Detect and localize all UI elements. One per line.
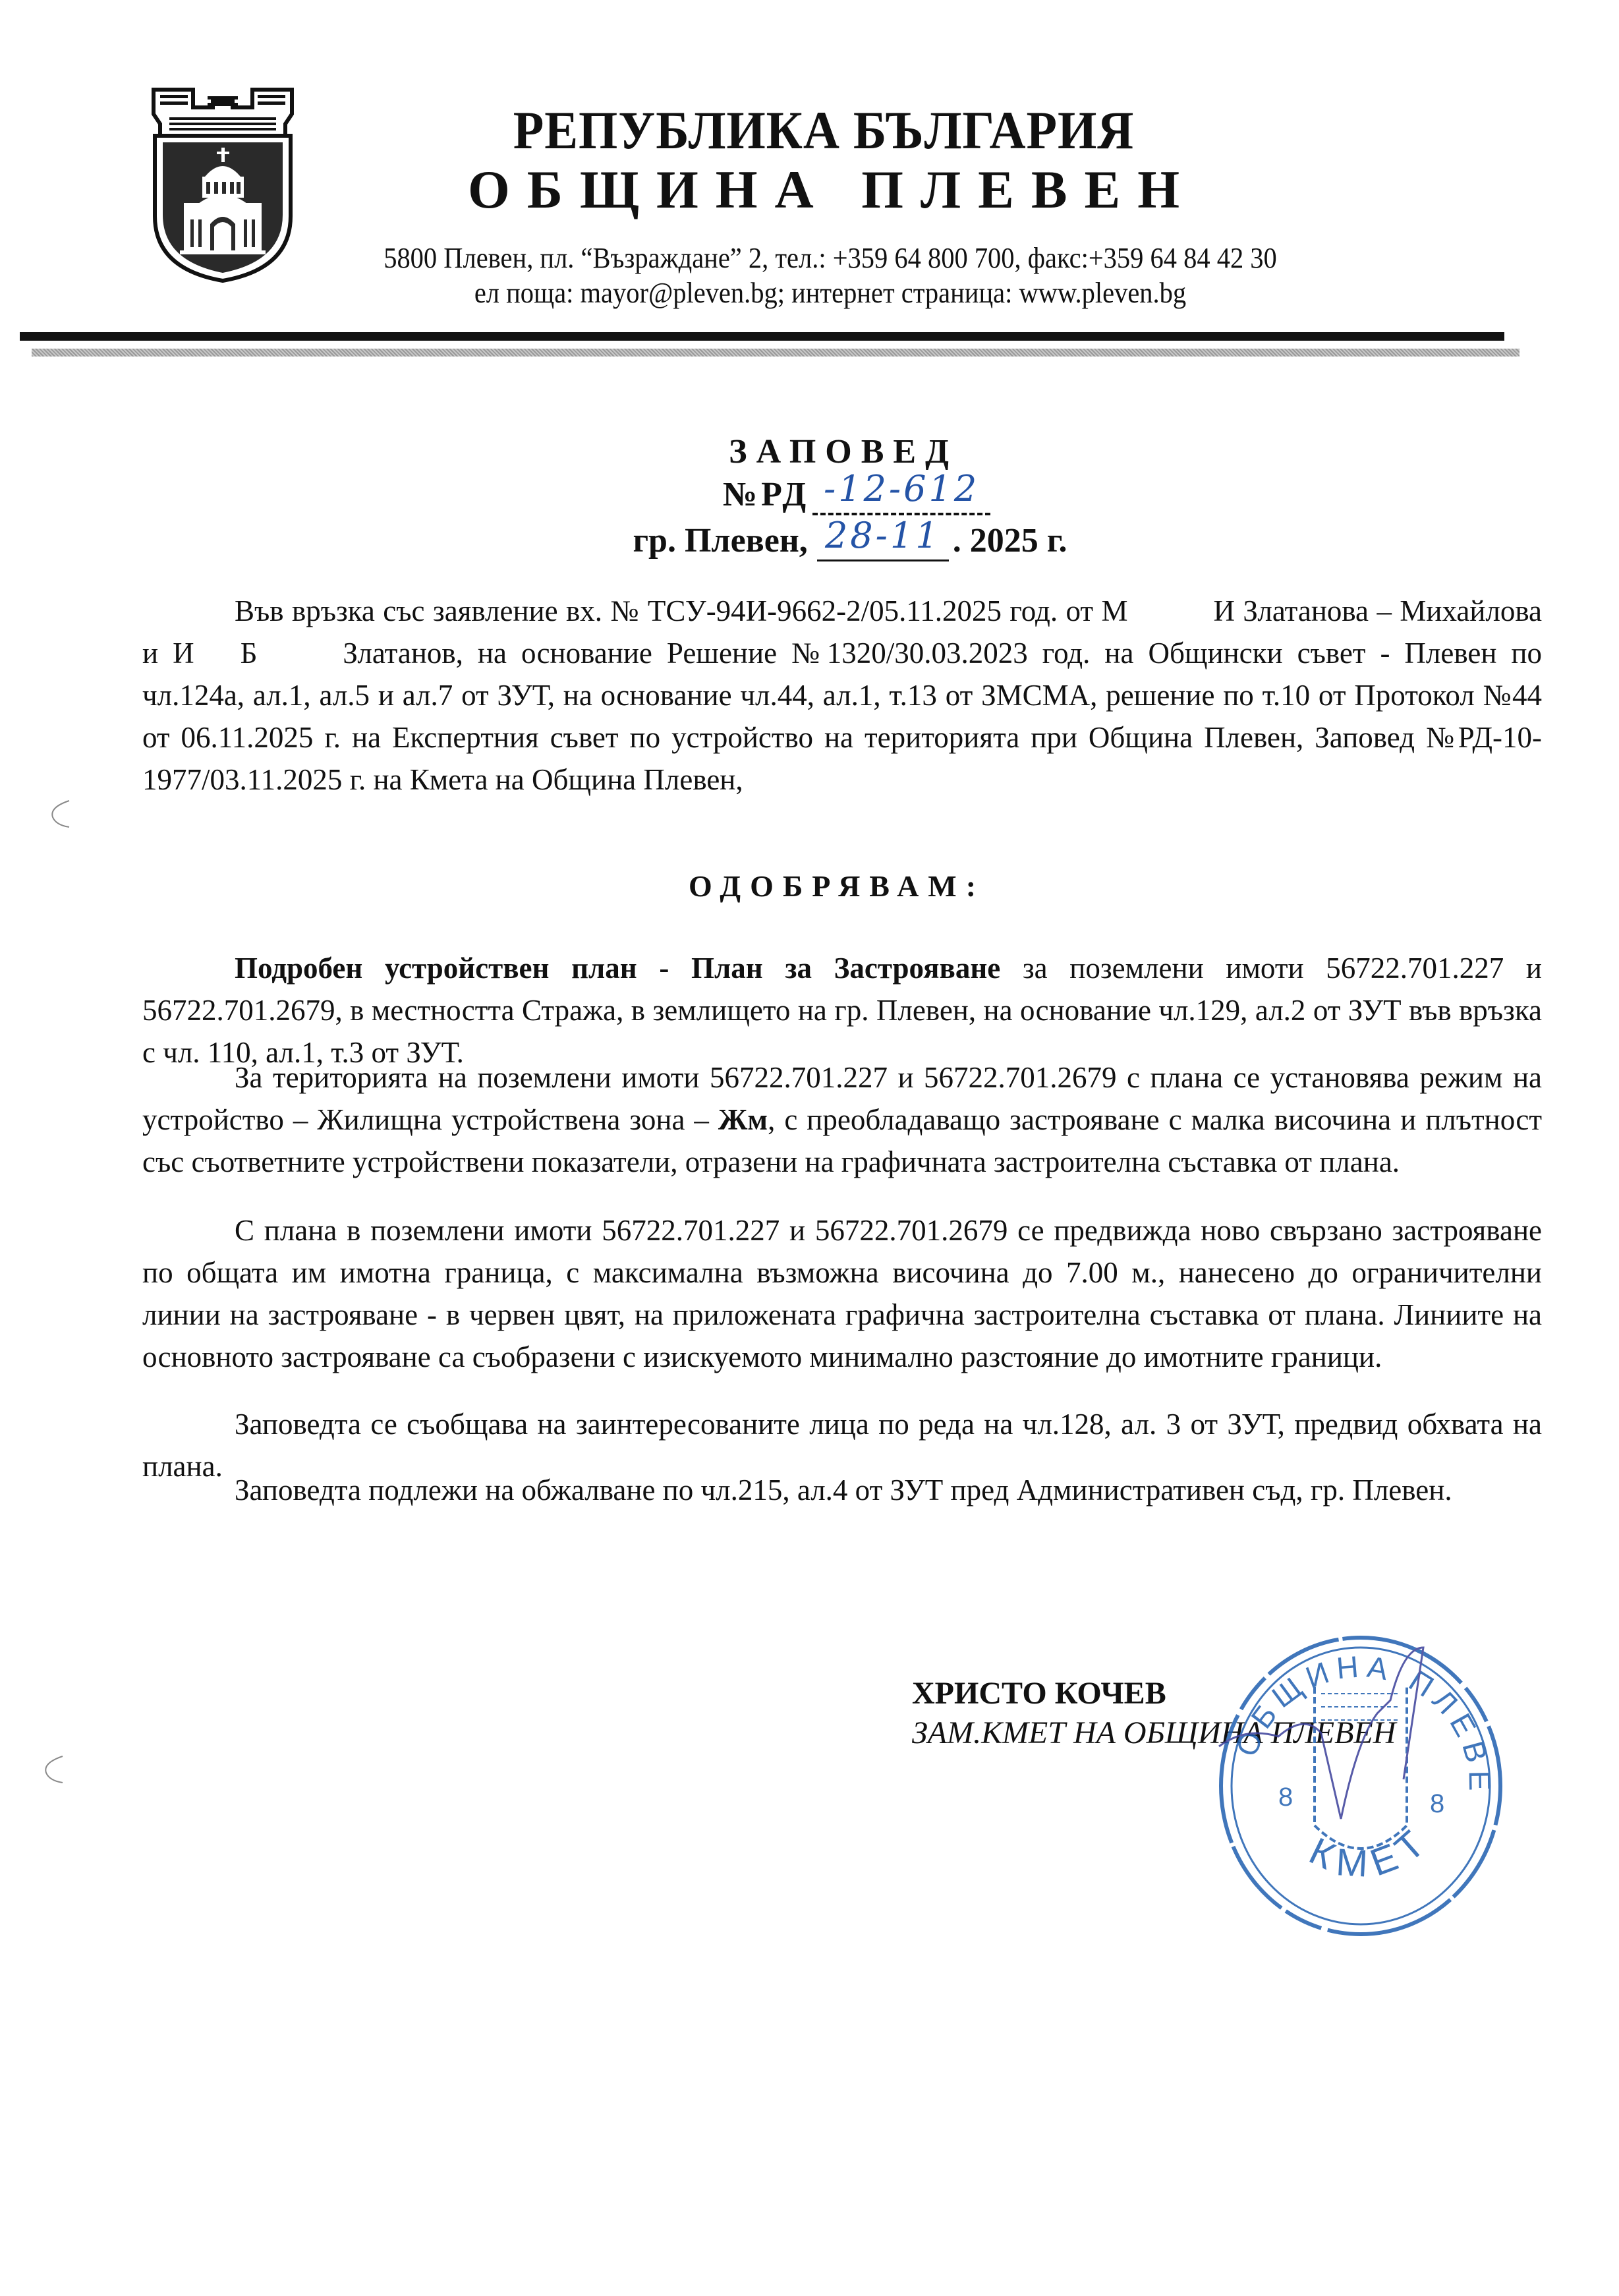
header-divider-gray [32, 349, 1520, 357]
order-title: ЗАПОВЕД [646, 432, 1041, 473]
order-date-field: 28-11 [817, 521, 949, 561]
stamp-digit-right: 8 [1430, 1789, 1444, 1818]
order-number: №РД -12-612 [659, 474, 1054, 515]
plan-title: Подробен устройствен план - План за Заст… [235, 952, 1000, 985]
signatory-name: ХРИСТО КОЧЕВ [912, 1674, 1166, 1713]
document-page: РЕПУБЛИКА БЪЛГАРИЯ ОБЩИНА ПЛЕВЕН 5800 Пл… [0, 0, 1619, 2296]
order-year: . 2025 г. [953, 521, 1067, 561]
zone-code: Жм [718, 1103, 768, 1136]
preamble-paragraph: Във връзка със заявление вх. № ТСУ-94И-9… [142, 590, 1542, 801]
punch-hole-mark-icon [46, 797, 72, 830]
letterhead-municipality: ОБЩИНА ПЛЕВЕН [395, 158, 1252, 221]
approve-heading: ОДОБРЯВАМ: [593, 867, 1081, 905]
decision-paragraph-3: С плана в поземлени имоти 56722.701.227 … [142, 1209, 1542, 1378]
letterhead-address: 5800 Плевен, пл. “Възраждане” 2, тел.: +… [357, 241, 1303, 276]
preamble-text-2: И [1214, 594, 1236, 627]
svg-text:КМЕТ: КМЕТ [1303, 1817, 1439, 1886]
order-date-handwritten: 28-11 [817, 516, 949, 556]
decision-text-3: С плана в поземлени имоти 56722.701.227 … [142, 1214, 1542, 1373]
letterhead-contact: ел поща: mayor@pleven.bg; интернет стран… [357, 275, 1303, 311]
order-number-field: -12-612 [812, 474, 990, 515]
letterhead-country: РЕПУБЛИКА БЪЛГАРИЯ [426, 99, 1222, 162]
decision-paragraph-1: Подробен устройствен план - План за Заст… [142, 947, 1542, 1074]
stamp-digit-left: 8 [1278, 1783, 1293, 1812]
decision-paragraph-2: За територията на поземлени имоти 56722.… [142, 1056, 1542, 1183]
preamble-text-1: Във връзка със заявление вх. № ТСУ-94И-9… [235, 594, 1128, 627]
order-place-date: гр. Плевен, 28-11 . 2025 г. [580, 521, 1120, 561]
order-number-handwritten: -12-612 [812, 469, 990, 509]
stamp-bottom-text: КМЕТ [1303, 1817, 1439, 1886]
order-number-prefix: №РД [723, 474, 810, 515]
coat-of-arms-icon [142, 78, 303, 285]
preamble-text-5: Златанов, на основание Решение №1320/30.… [142, 637, 1542, 796]
official-stamp-icon: ОБЩИНА ПЛЕВЕН КМЕТ 8 8 [1206, 1608, 1516, 1944]
header-divider-thick [20, 332, 1504, 341]
decision-paragraph-5: Заповедта подлежи на обжалване по чл.215… [142, 1469, 1542, 1511]
preamble-text-4: Б [241, 637, 258, 670]
punch-hole-mark-icon [40, 1753, 66, 1786]
order-place: гр. Плевен, [633, 521, 807, 561]
decision-text-5: Заповедта подлежи на обжалване по чл.215… [235, 1474, 1452, 1507]
